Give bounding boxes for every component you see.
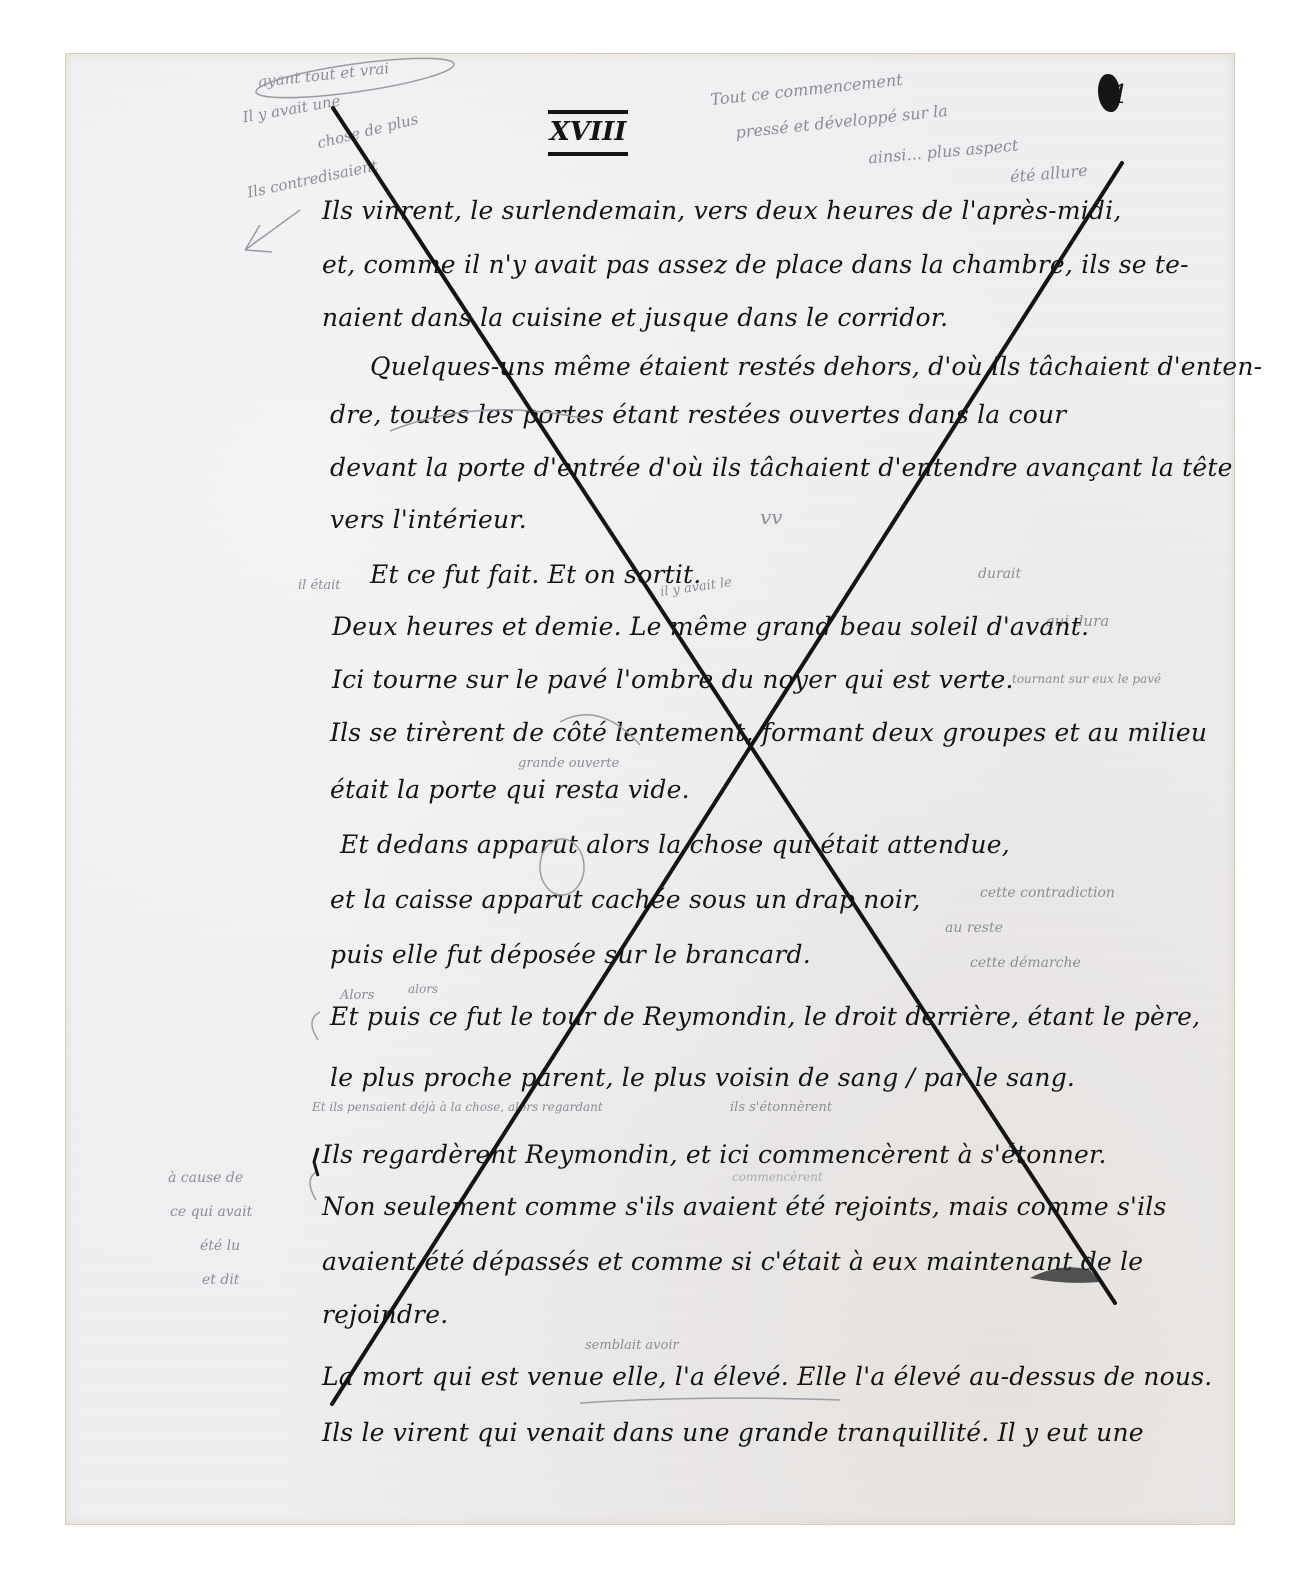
pencil-arrow-icon xyxy=(245,210,300,252)
cancel-x-mark xyxy=(0,0,1290,1590)
